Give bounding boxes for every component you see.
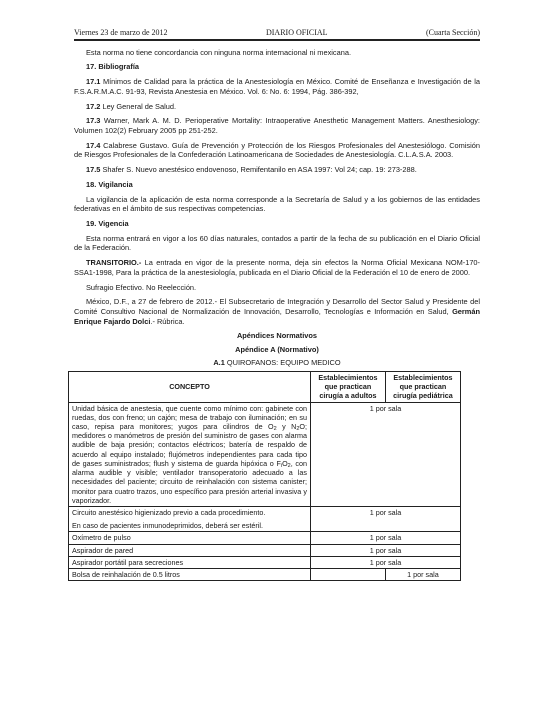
value-cell: 1 por sala xyxy=(311,506,461,531)
header-publication: DIARIO OFICIAL xyxy=(266,28,328,38)
value-cell: 1 por sala xyxy=(311,556,461,568)
header-date: Viernes 23 de marzo de 2012 xyxy=(74,28,168,38)
header-adults: Establecimientos que practican cirugía a… xyxy=(311,372,386,403)
table-caption: A.1 QUIROFANOS: EQUIPO MEDICO xyxy=(74,358,480,368)
table-row: Bolsa de reinhalación de 0.5 litros 1 po… xyxy=(69,568,461,580)
bib-item: 17.1 Mínimos de Calidad para la práctica… xyxy=(74,77,480,96)
appendix-subtitle: Apéndice A (Normativo) xyxy=(74,345,480,355)
header-concepto: CONCEPTO xyxy=(69,372,311,403)
bib-item: 17.4 Calabrese Gustavo. Guía de Prevenci… xyxy=(74,141,480,160)
value-cell: 1 por sala xyxy=(311,532,461,544)
table-row: Circuito anestésico higienizado previo a… xyxy=(69,506,461,531)
concept-cell: Aspirador portátil para secreciones xyxy=(69,556,311,568)
vigilancia-paragraph: La vigilancia de la aplicación de esta n… xyxy=(74,195,480,214)
transitorio-paragraph: TRANSITORIO.- La entrada en vigor de la … xyxy=(74,258,480,277)
vigencia-paragraph: Esta norma entrará en vigor a los 60 día… xyxy=(74,234,480,253)
concept-cell: Bolsa de reinhalación de 0.5 litros xyxy=(69,568,311,580)
vigilancia-heading: 18. Vigilancia xyxy=(86,180,480,190)
table-row: Oxímetro de pulso 1 por sala xyxy=(69,532,461,544)
concept-cell: Aspirador de pared xyxy=(69,544,311,556)
concept-cell: Unidad básica de anestesia, que cuente c… xyxy=(69,402,311,506)
signature-paragraph: México, D.F., a 27 de febrero de 2012.- … xyxy=(74,297,480,326)
value-cell: 1 por sala xyxy=(311,402,461,506)
bib-item: 17.2 Ley General de Salud. xyxy=(74,102,480,112)
vigencia-heading: 19. Vigencia xyxy=(86,219,480,229)
table-header-row: CONCEPTO Establecimientos que practican … xyxy=(69,372,461,403)
appendix-title: Apéndices Normativos xyxy=(74,331,480,341)
page-header: Viernes 23 de marzo de 2012 DIARIO OFICI… xyxy=(74,28,480,41)
header-pediatric: Establecimientos que practican cirugía p… xyxy=(385,372,460,403)
document-page: Viernes 23 de marzo de 2012 DIARIO OFICI… xyxy=(74,28,480,581)
value-cell: 1 por sala xyxy=(311,544,461,556)
intro-paragraph: Esta norma no tiene concordancia con nin… xyxy=(74,48,480,58)
table-row: Aspirador portátil para secreciones 1 po… xyxy=(69,556,461,568)
header-section: (Cuarta Sección) xyxy=(426,28,480,38)
table-row: Aspirador de pared 1 por sala xyxy=(69,544,461,556)
bib-item: 17.3 Warner, Mark A. M. D. Perioperative… xyxy=(74,116,480,135)
equipment-table: CONCEPTO Establecimientos que practican … xyxy=(68,371,461,581)
concept-cell: Oxímetro de pulso xyxy=(69,532,311,544)
adult-value-cell xyxy=(311,568,386,580)
bib-item: 17.5 Shafer S. Nuevo anestésico endoveno… xyxy=(74,165,480,175)
pediatric-value-cell: 1 por sala xyxy=(385,568,460,580)
sufragio-paragraph: Sufragio Efectivo. No Reelección. xyxy=(74,283,480,293)
bibliography-heading: 17. Bibliografía xyxy=(86,62,480,72)
table-row: Unidad básica de anestesia, que cuente c… xyxy=(69,402,461,506)
concept-cell: Circuito anestésico higienizado previo a… xyxy=(69,506,311,531)
